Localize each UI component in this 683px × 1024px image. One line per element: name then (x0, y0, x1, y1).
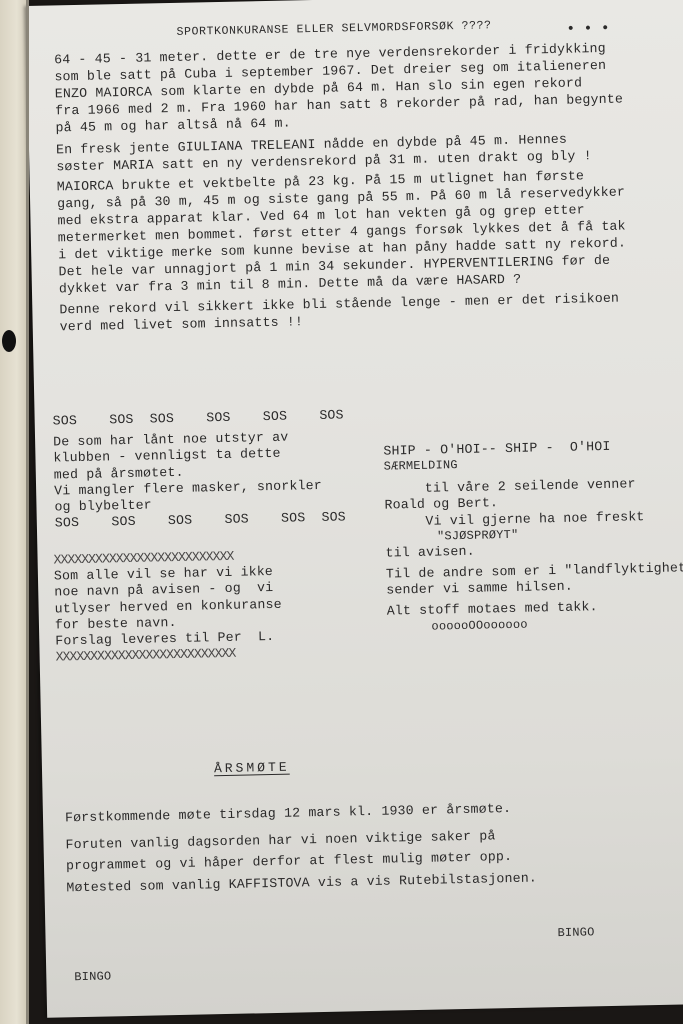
sos-notice: SOS SOS SOS SOS SOS SOS De som har lånt … (53, 408, 346, 529)
signature-left: BINGO (74, 970, 111, 983)
ship-notice: SHIP - O'HOI-- SHIP - O'HOI SÆRMELDING t… (383, 438, 683, 633)
meeting-line: Førstkommende møte tirsdag 12 mars kl. 1… (65, 802, 536, 825)
contest-line: noe navn på avisen - og vi (54, 581, 281, 599)
meeting-line: Foruten vanlig dagsorden har vi noen vik… (65, 829, 536, 852)
meeting-line: Møtested som vanlig KAFFISTOVA vis a vis… (66, 871, 537, 894)
contest-line: utlyser herved en konkuranse (54, 597, 281, 615)
name-contest-notice: XXXXXXXXXXXXXXXXXXXXXXXXXX Som alle vil … (53, 549, 282, 664)
page-edge (26, 0, 29, 1024)
document-page: SPORTKONKURANSE ELLER SELVMORDSFORSØK ??… (26, 0, 683, 1018)
punch-hole (2, 330, 16, 352)
document-title: SPORTKONKURANSE ELLER SELVMORDSFORSØK ??… (176, 20, 491, 38)
meeting-line: programmet og vi håper derfor at flest m… (66, 850, 537, 873)
signature-right: BINGO (557, 926, 594, 939)
article: 64 - 45 - 31 meter. dette er de tre nye … (54, 42, 628, 334)
contest-line: Forslag leveres til Per L. (55, 630, 282, 648)
x-border-bottom: XXXXXXXXXXXXXXXXXXXXXXXXXX (56, 646, 283, 664)
meeting-heading: ÅRSMØTE (214, 761, 290, 776)
sos-border-top: SOS SOS SOS SOS SOS SOS (53, 408, 344, 427)
meeting-notice: Førstkommende møte tirsdag 12 mars kl. 1… (65, 802, 537, 895)
binder-strip (0, 0, 28, 1024)
corner-marks: • • • (566, 22, 609, 37)
